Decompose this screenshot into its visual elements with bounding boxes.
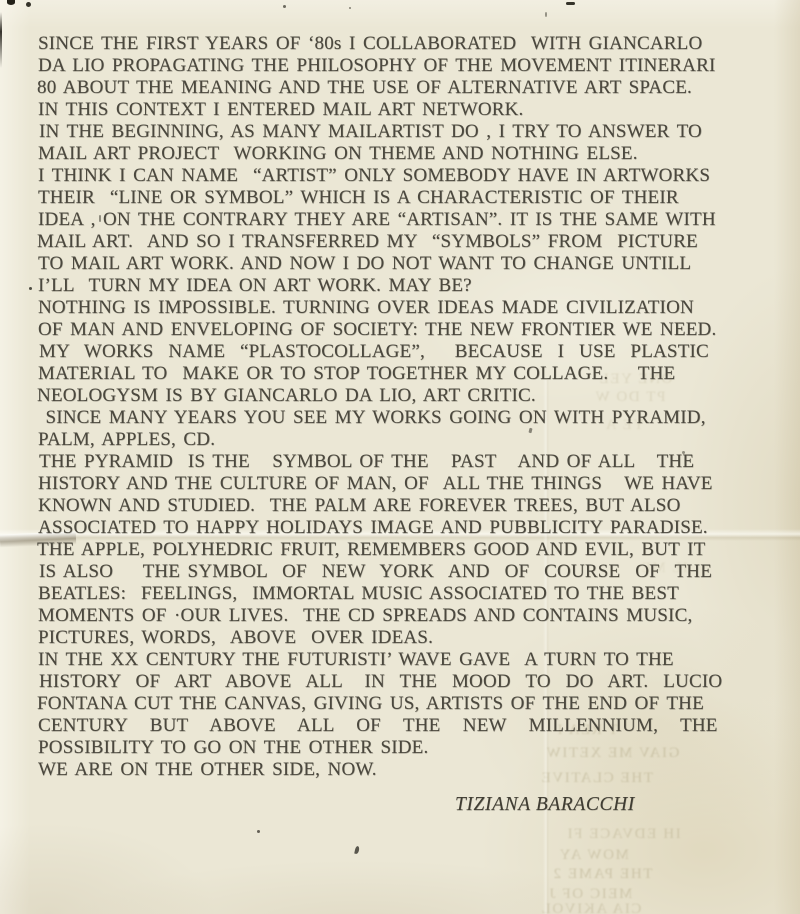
letter-text-line: IN THE BEGINNING, AS MANY MAILARTIST DO … xyxy=(39,121,738,143)
scanned-letter-page: ONE YELPT DO WYE AIL MET REA IGIAV ME XE… xyxy=(0,0,800,914)
letter-text-line: IN THE XX CENTURY THE FUTURISTI’ WAVE GA… xyxy=(38,649,738,671)
ink-speck xyxy=(26,2,31,7)
letter-text-line: SINCE MANY YEARS YOU SEE MY WORKS GOING … xyxy=(38,407,738,429)
ink-speck xyxy=(354,846,360,855)
ink-speck xyxy=(682,451,685,454)
letter-text-line: HISTORY AND THE CULTURE OF MAN, OF ALL T… xyxy=(38,473,738,495)
letter-text-line: THE APPLE, POLYHEDRIC FRUIT, REMEMBERS G… xyxy=(37,539,738,561)
letter-text-line: HISTORY OF ART ABOVE ALL IN THE MOOD TO … xyxy=(39,671,738,693)
letter-text-line: IDEA , ON THE CONTRARY THEY ARE “ARTISAN… xyxy=(38,209,738,231)
ink-speck xyxy=(283,5,286,8)
scan-corner-artifact xyxy=(7,0,15,5)
signature-name: TIZIANA BARACCHI xyxy=(455,794,635,816)
letter-text-line: THE PYRAMID IS THE SYMBOL OF THE PAST AN… xyxy=(39,451,738,473)
ghost-text-fragment: CIA AKIVOL xyxy=(540,901,641,914)
ghost-text-fragment: THE PAME 2 xyxy=(552,866,652,883)
letter-text-line: MY WORKS NAME “PLASTOCOLLAGE”, BECAUSE I… xyxy=(39,341,738,363)
letter-text-line: WE ARE ON THE OTHER SIDE, NOW. xyxy=(38,759,738,781)
letter-text-line: I THINK I CAN NAME “ARTIST” ONLY SOMEBOD… xyxy=(38,165,738,187)
letter-text-line: POSSIBILITY TO GO ON THE OTHER SIDE. xyxy=(38,737,738,759)
letter-text-line: BEATLES: FEELINGS, IMMORTAL MUSIC ASSOCI… xyxy=(38,583,738,605)
ink-speck xyxy=(545,12,547,17)
scan-edge-artifact xyxy=(0,12,2,68)
letter-body: SINCE THE FIRST YEARS OF ‘80s I COLLABOR… xyxy=(38,33,738,781)
letter-text-line: ASSOCIATED TO HAPPY HOLIDAYS IMAGE AND P… xyxy=(38,517,738,539)
ghost-text-fragment: IH EDVACE FI xyxy=(566,826,681,843)
ghost-text-fragment: MOW AY xyxy=(558,847,629,864)
letter-text-line: FONTANA CUT THE CANVAS, GIVING US, ARTIS… xyxy=(37,693,738,715)
ink-speck xyxy=(566,2,575,5)
letter-text-line: PALM, APPLES, CD. xyxy=(38,429,738,451)
letter-text-line: MAIL ART. AND SO I TRANSFERRED MY “SYMBO… xyxy=(37,231,738,253)
letter-text-line: 80 ABOUT THE MEANING AND THE USE OF ALTE… xyxy=(37,77,738,99)
ink-speck xyxy=(349,7,351,9)
letter-text-line: NOTHING IS IMPOSSIBLE. TURNING OVER IDEA… xyxy=(38,297,738,319)
ghost-text-fragment: MEIC OF J xyxy=(548,886,632,903)
letter-text-line: IN THIS CONTEXT I ENTERED MAIL ART NETWO… xyxy=(38,99,738,121)
letter-text-line: I’LL TURN MY IDEA ON ART WORK. MAY BE? xyxy=(38,275,738,297)
letter-text-line: KNOWN AND STUDIED. THE PALM ARE FOREVER … xyxy=(38,495,738,517)
letter-text-line: SINCE THE FIRST YEARS OF ‘80s I COLLABOR… xyxy=(38,33,738,55)
letter-text-line: CENTURY BUT ABOVE ALL OF THE NEW MILLENN… xyxy=(38,715,738,737)
letter-text-line: TO MAIL ART WORK. AND NOW I DO NOT WANT … xyxy=(38,253,738,275)
letter-text-line: MAIL ART PROJECT WORKING ON THEME AND NO… xyxy=(38,143,738,165)
ink-speck xyxy=(257,830,260,833)
letter-text-line: NEOLOGYSM IS BY GIANCARLO DA LIO, ART CR… xyxy=(37,385,738,407)
ink-speck xyxy=(99,215,101,222)
letter-text-line: THEIR “LINE OR SYMBOL” WHICH IS A CHARAC… xyxy=(38,187,738,209)
letter-text-line: DA LIO PROPAGATING THE PHILOSOPHY OF THE… xyxy=(38,55,738,77)
letter-text-line: IS ALSO THE SYMBOL OF NEW YORK AND OF CO… xyxy=(39,561,738,583)
ink-speck xyxy=(29,287,32,290)
letter-text-line: MOMENTS OF ·OUR LIVES. THE CD SPREADS AN… xyxy=(38,605,738,627)
letter-text-line: OF MAN AND ENVELOPING OF SOCIETY: THE NE… xyxy=(38,319,738,341)
letter-text-line: MATERIAL TO MAKE OR TO STOP TOGETHER MY … xyxy=(38,363,738,385)
letter-text-line: PICTURES, WORDS, ABOVE OVER IDEAS. xyxy=(38,627,738,649)
